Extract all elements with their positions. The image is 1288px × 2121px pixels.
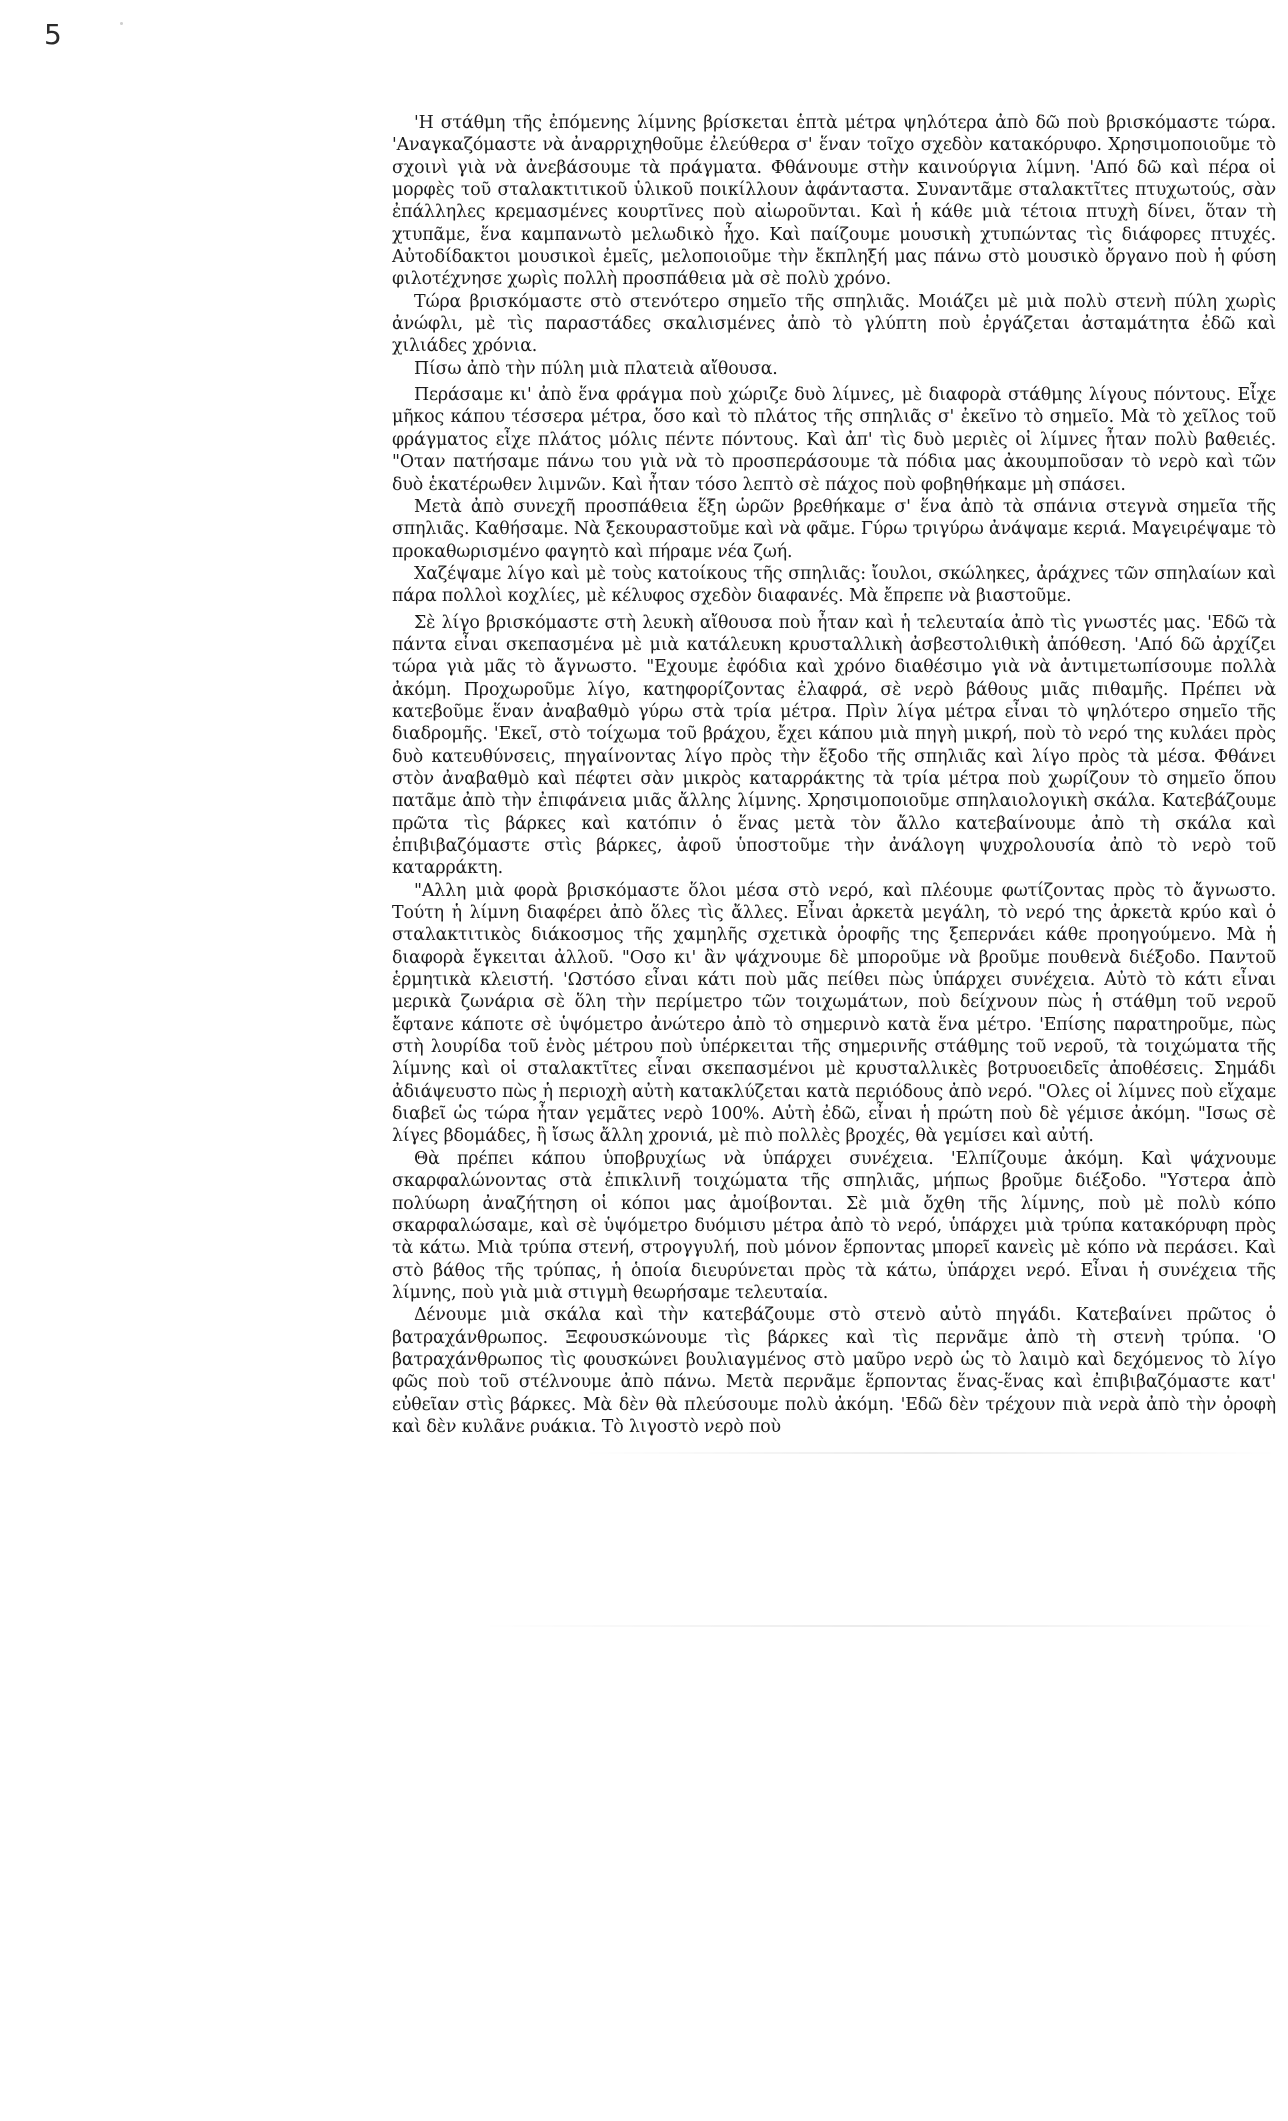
paragraph: Χαζέψαμε λίγο καὶ μὲ τοὺς κατοίκους τῆς …	[392, 563, 1276, 608]
paragraph: Τώρα βρισκόμαστε στὸ στενότερο σημεῖο τῆ…	[392, 291, 1276, 358]
paragraph: Θὰ πρέπει κάπου ὑποβρυχίως νὰ ὑπάρχει συ…	[392, 1148, 1276, 1304]
paragraph: Δένουμε μιὰ σκάλα καὶ τὴν κατεβάζουμε στ…	[392, 1304, 1276, 1438]
page-number: 5	[44, 18, 62, 51]
paragraph: Πίσω ἀπὸ τὴν πύλη μιὰ πλατειὰ αἴθουσα.	[392, 358, 1276, 380]
scan-fold-line	[940, 1064, 1280, 1066]
paragraph: Σὲ λίγο βρισκόμαστε στὴ λευκὴ αἴθουσα πο…	[392, 612, 1276, 880]
scan-speck	[120, 22, 123, 25]
body-text: 'Η στάθμη τῆς ἐπόμενης λίμνης βρίσκεται …	[392, 112, 1276, 1438]
scan-fold-line	[480, 1625, 1280, 1627]
paragraph: "Αλλη μιὰ φορὰ βρισκόμαστε ὅλοι μέσα στὸ…	[392, 880, 1276, 1148]
paragraph: 'Η στάθμη τῆς ἐπόμενης λίμνης βρίσκεται …	[392, 112, 1276, 291]
paragraph: Μετὰ ἀπὸ συνεχῆ προσπάθεια ἕξη ὡρῶν βρεθ…	[392, 496, 1276, 563]
scan-fold-line	[580, 1452, 1280, 1454]
paragraph: Περάσαμε κι' ἀπὸ ἕνα φράγμα ποὺ χώριζε δ…	[392, 384, 1276, 496]
